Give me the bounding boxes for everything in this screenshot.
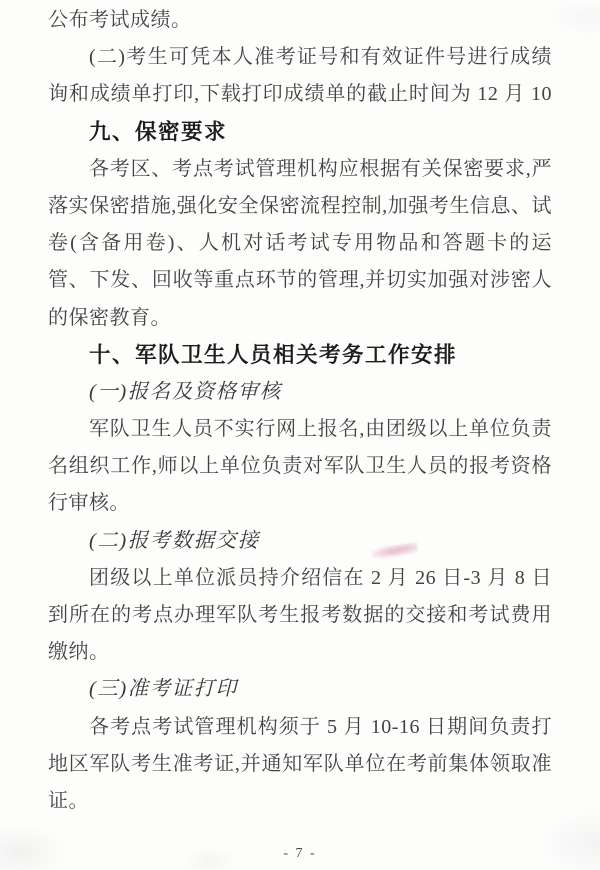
text-line: 落实保密措施,强化安全保密流程控制,加强考生信息、试 [48,188,552,225]
text-line: 到所在的考点办理军队考生报考数据的交接和考试费用的 [48,597,552,634]
text-line: 的保密教育。 [48,300,552,337]
text-line: 行审核。 [48,485,552,522]
text-line: 询和成绩单打印,下载打印成绩单的截止时间为 12 月 10 日。 [48,76,552,113]
text-line: 各考点考试管理机构须于 5 月 10-16 日期间负责打印本 [48,709,552,746]
subsection-heading: (一)报名及资格审核 [48,374,552,411]
text-line: 团级以上单位派员持介绍信在 2 月 26 日-3 月 8 日期间, [48,560,552,597]
text-line: 管、下发、回收等重点环节的管理,并切实加强对涉密人员 [48,262,552,299]
document-content: 公布考试成绩。 (二)考生可凭本人准考证号和有效证件号进行成绩查 询和成绩单打印… [48,2,552,820]
text-line: 军队卫生人员不实行网上报名,由团级以上单位负责报 [48,411,552,448]
text-line: 地区军队考生准考证,并通知军队单位在考前集体领取准考 [48,746,552,783]
scanned-document-page: 公布考试成绩。 (二)考生可凭本人准考证号和有效证件号进行成绩查 询和成绩单打印… [0,0,600,870]
subsection-heading: (二)报考数据交接 [48,523,552,560]
text-line: 证。 [48,783,552,820]
section-heading: 十、军队卫生人员相关考务工作安排 [48,337,552,374]
section-heading: 九、保密要求 [48,114,552,151]
text-line: 公布考试成绩。 [48,2,552,39]
text-line: (二)考生可凭本人准考证号和有效证件号进行成绩查 [48,39,552,76]
text-line: 名组织工作,师以上单位负责对军队卫生人员的报考资格进 [48,448,552,485]
text-line: 各考区、考点考试管理机构应根据有关保密要求,严格 [48,151,552,188]
text-line: 卷(含备用卷)、人机对话考试专用物品和答题卡的运送、保 [48,225,552,262]
page-number: - 7 - [0,844,600,864]
text-line: 缴纳。 [48,634,552,671]
subsection-heading: (三)准考证打印 [48,671,552,708]
